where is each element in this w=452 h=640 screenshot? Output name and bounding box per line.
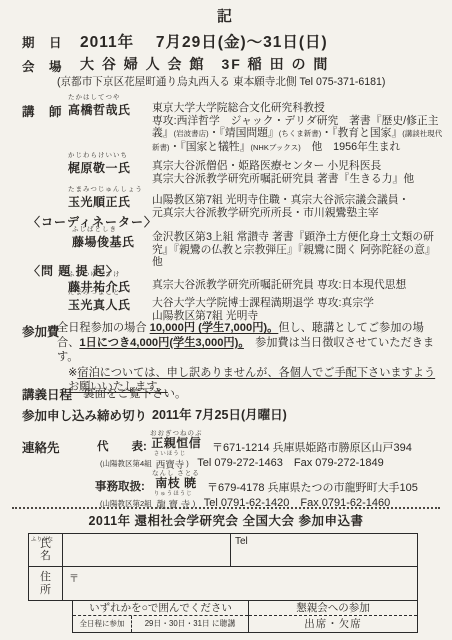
temple-paren: ) [186, 459, 189, 468]
attendance-options: いずれかを○で囲んでください 全日程に参加 29日・30日・31日 に聴講 [73, 600, 249, 632]
coordinator-furigana: ふじばとしき [72, 226, 135, 233]
note-mark: ※ [68, 367, 77, 379]
fee-text-part: 全日程参加の場合 [57, 322, 150, 334]
bio-text: ・『靖国問題』 [209, 127, 279, 139]
page-title: 記 [0, 5, 452, 26]
contact-rep-name: 正親恒信 [150, 437, 203, 450]
lecturer-name-block: たまみつじゅんしょう 玉光順正氏 [68, 186, 143, 211]
lecturer-name: 高橋哲哉氏 [68, 103, 131, 117]
problem-name-block: たまみつまこと 玉光真人氏 [68, 289, 131, 314]
scanned-document: 記 期 日 2011年 7月29日(金)～31日(日) 会 場 大 谷 婦 人 … [0, 0, 452, 640]
fee-text: 全日程参加の場合 10,000円 (学生7,000円)。但し、聴講としてご参加の… [57, 321, 441, 395]
lecturer-bio-line: 東京大学大学院総合文化研究科教授 [152, 102, 444, 115]
temple-name: 西寶寺 [154, 457, 187, 471]
lecturer-furigana: かじわらけいいち [68, 152, 131, 159]
lecturer-furigana: たまみつじゅんしょう [68, 186, 143, 193]
option-all-days[interactable]: 全日程に参加 [73, 616, 132, 632]
problem-bio: 大谷大学大学院博士課程満期退学 専攻:真宗学 山陽教区第7組 光明寺 [152, 297, 374, 322]
temple-district: (山陽教区第4組 [100, 459, 154, 468]
contact-office-name: 南枝 暁 [152, 477, 200, 490]
bio-text: ・『国家と犠牲』 [170, 141, 251, 153]
venue-address: (京都市下京区花屋町通り烏丸西入る 東本願寺北側 Tel 075-371-618… [57, 74, 385, 89]
contact-office-name-block: なんし さとる 南枝 暁 [152, 470, 200, 490]
contact-rep-telfax: Tel 079-272-1463 Fax 079-272-1849 [197, 457, 384, 469]
lecturer-name: 玉光順正氏 [68, 195, 131, 209]
deadline-label: 参加申し込み締め切り [22, 406, 147, 424]
lecturer-name-block: たかはしてつや 高橋哲哉氏 [68, 94, 131, 119]
lecture-schedule-label: 講義日程 [22, 385, 72, 403]
problem-name: 玉光真人氏 [68, 298, 131, 312]
problem-bio: 真宗大谷派教学研究所嘱託研究員 専攻:日本現代思想 [152, 279, 406, 292]
address-label-cell: 住所 [29, 567, 63, 600]
postal-mark: 〒 [69, 574, 79, 585]
problem-furigana: たまみつまこと [68, 289, 131, 296]
application-form-title: 2011年 還相社会学研究会 全国大会 参加申込書 [0, 511, 452, 529]
date-value: 2011年 7月29日(金)～31日(日) [80, 30, 328, 52]
furigana-label: ふりがな [31, 535, 53, 543]
name-input-area[interactable] [63, 534, 231, 566]
tel-label: Tel [235, 536, 248, 547]
lecturer-bio: 真宗大谷派僧侶・姫路医療センター 小児科医長 真宗大谷派教学研究所嘱託研究員 著… [152, 160, 444, 185]
contact-rep-temple: (山陽教区第4組 さいほうじ西寶寺) Tel 079-272-1463 Fax … [100, 451, 384, 471]
name-label-cell: ふりがな 氏名 [29, 534, 63, 566]
lecturers-label: 講 師 [22, 102, 63, 120]
contact-label: 連絡先 [22, 438, 60, 456]
publisher-note: (NHKブックス) [250, 143, 300, 152]
tel-input-area[interactable]: Tel [231, 534, 417, 566]
lecturer-bio-line: 山陽教区第7組 光明寺住職・真宗大谷派宗議会議員・ [152, 194, 444, 207]
party-header: 懇親会への参加 [249, 600, 417, 616]
lecturer-furigana: たかはしてつや [68, 94, 131, 101]
cut-line [12, 507, 440, 509]
deadline-value: 2011年 7月25日(月曜日) [152, 405, 287, 423]
circle-instruction: いずれかを○で囲んでください [73, 600, 248, 616]
problem-furigana: ふじいゆうすけ [68, 271, 131, 278]
party-attend-options[interactable]: 出席・欠席 [249, 616, 417, 632]
lecturer-bio-line: 真宗大谷派僧侶・姫路医療センター 小児科医長 [152, 160, 444, 173]
coordinator-name-block: ふじばとしき 藤場俊基氏 [72, 226, 135, 251]
publisher-note: (岩波書店) [174, 129, 209, 138]
date-label: 期 日 [22, 33, 63, 51]
address-label: 住所 [39, 571, 51, 596]
option-single-days[interactable]: 29日・30日・31日 に聴講 [132, 616, 248, 632]
address-input-area[interactable]: 〒 [63, 567, 417, 600]
contact-rep-name-block: おおぎつねのぶ 正親恒信 [150, 430, 203, 450]
fee-label: 参加費 [22, 322, 60, 340]
options-block: いずれかを○で囲んでください 全日程に参加 29日・30日・31日 に聴講 懇親… [72, 600, 418, 633]
fee-amount-full: 10,000円 (学生7,000円)。 [150, 322, 279, 334]
lecturer-bio-line: 元真宗大谷派教学研究所所長・市川親鸞塾主宰 [152, 207, 444, 220]
lecturer-bio-line: 真宗大谷派教学研究所嘱託研究員 著書『生きる力』他 [152, 173, 444, 186]
coordinator-bio: 金沢教区第3上組 常讃寺 著書『顕浄土方便化身土文類の研究』『親鸞の仏教と宗教弾… [152, 231, 440, 269]
venue-name: 大 谷 婦 人 会 館 3F 稲 田 の 間 [80, 54, 329, 74]
lecturer-bio: 山陽教区第7組 光明寺住職・真宗大谷派宗議会議員・ 元真宗大谷派教学研究所所長・… [152, 194, 444, 219]
bio-text: 他 1956年生まれ [301, 141, 401, 153]
problem-bio-line: 大谷大学大学院博士課程満期退学 専攻:真宗学 [152, 297, 374, 310]
coordinator-bio-text: 金沢教区第3上組 常讃寺 著書『顕浄土方便化身土文類の研究』『親鸞の仏教と宗教弾… [152, 231, 440, 269]
party-options-cell: 懇親会への参加 出席・欠席 [249, 600, 417, 632]
lecture-schedule-value: 裏面をご覧下さい。 [83, 385, 187, 401]
lecturer-name: 梶原敬一氏 [68, 161, 131, 175]
lecturer-bio: 東京大学大学院総合文化研究科教授 専攻:西洋哲学 ジャック・デリダ研究 著書『歴… [152, 102, 444, 154]
lecturer-name-block: かじわらけいいち 梶原敬一氏 [68, 152, 131, 177]
publisher-note: (ちくま新書) [279, 129, 322, 138]
coordinator-name: 藤場俊基氏 [72, 235, 135, 249]
fee-amount-daily: 1日につき4,000円(学生3,000円)。 [79, 337, 244, 349]
bio-text: ・『教育と国家』 [321, 127, 402, 139]
venue-label: 会 場 [22, 57, 63, 75]
application-form-table: ふりがな 氏名 Tel 住所 〒 [28, 533, 418, 601]
lecturer-bio-paragraph: 専攻:西洋哲学 ジャック・デリダ研究 著書『歴史/修正主義』(岩波書店)・『靖国… [152, 115, 444, 155]
